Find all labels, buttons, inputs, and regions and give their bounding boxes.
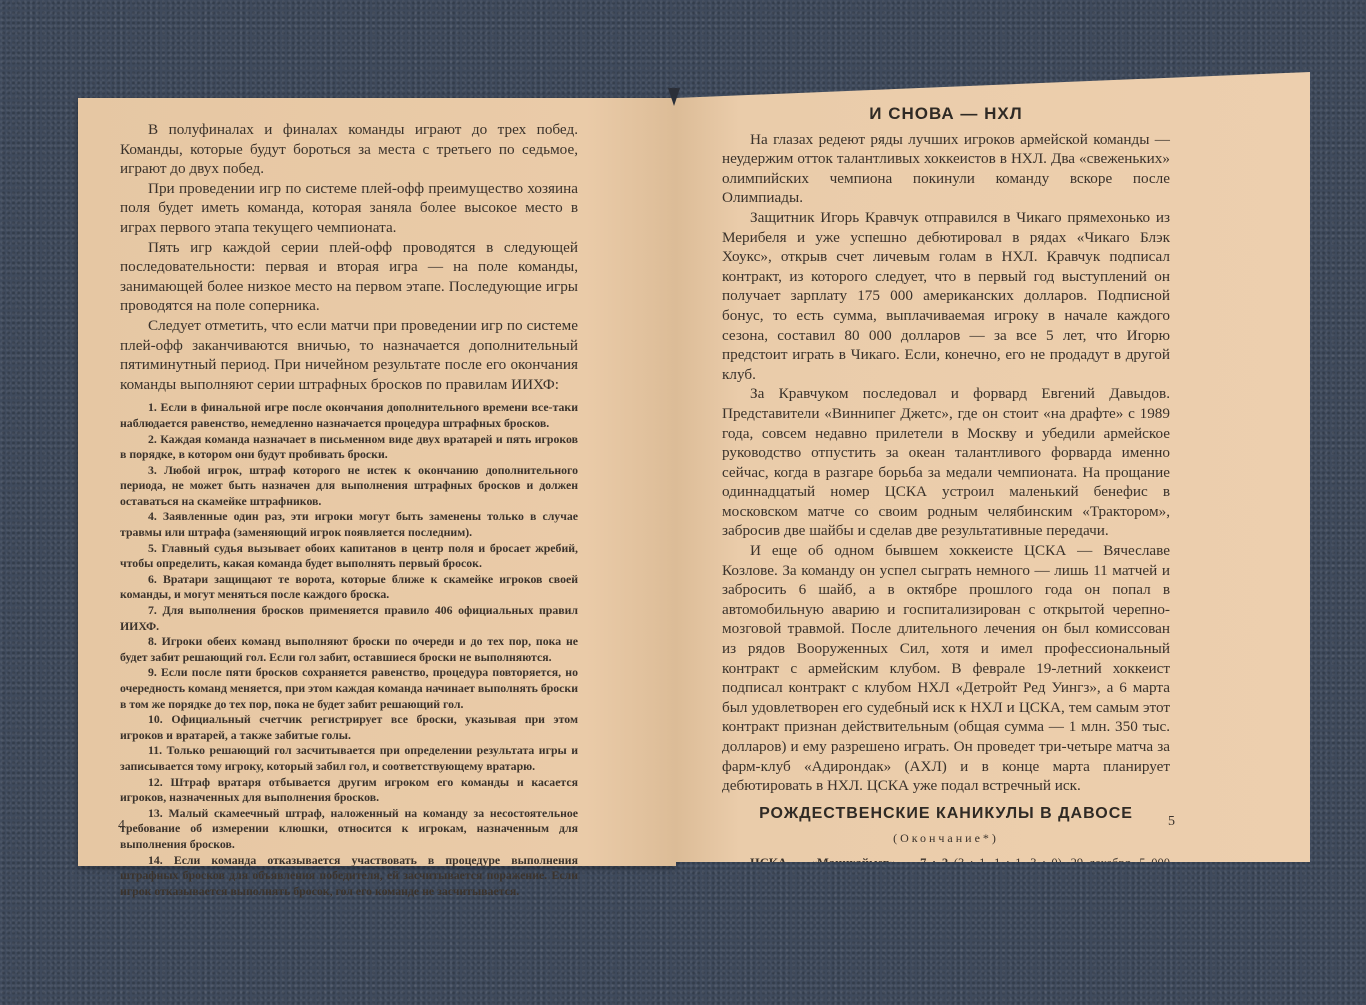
shootout-rules-list: 1. Если в финальной игре после окончания… xyxy=(120,400,578,899)
rule-item: 11. Только решающий гол засчитывается пр… xyxy=(120,743,578,774)
rule-item: 10. Официальный счетчик регистрирует все… xyxy=(120,712,578,743)
scorers-label: Шайбы забросили: xyxy=(750,890,859,904)
rule-item: 5. Главный судья вызывает обоих капитано… xyxy=(120,541,578,572)
match-teams-score: ЦСКА — «Маннхаймер» — 7 : 2 xyxy=(750,856,948,870)
page-number: 5 xyxy=(1168,814,1175,830)
match-result: ЦСКА — «Маннхаймер» — 7 : 2 (3 : 1, 1 : … xyxy=(722,855,1170,923)
open-booklet: В полуфиналах и финалах команды играют д… xyxy=(0,0,1366,1005)
left-page-text: В полуфиналах и финалах команды играют д… xyxy=(120,120,578,899)
spine-notch xyxy=(668,88,680,106)
right-page: И СНОВА — НХЛ На глазах редеют ряды лучш… xyxy=(676,72,1310,862)
page-number: 4 xyxy=(118,818,125,834)
article-title: И СНОВА — НХЛ xyxy=(722,104,1170,124)
paragraph: И еще об одном бывшем хоккеисте ЦСКА — В… xyxy=(722,541,1170,796)
paragraph: Следует отметить, что если матчи при про… xyxy=(120,316,578,394)
rule-item: 7. Для выполнения бросков применяется пр… xyxy=(120,603,578,634)
rule-item: 2. Каждая команда назначает в письменном… xyxy=(120,432,578,463)
scorers-list: Давыдов (Коваленко, 04.08), Петров (Чиби… xyxy=(722,890,1170,921)
rule-item: 8. Игроки обеих команд выполняют броски … xyxy=(120,634,578,665)
paragraph: При проведении игр по системе плей-офф п… xyxy=(120,179,578,238)
rule-item: 1. Если в финальной игре после окончания… xyxy=(120,400,578,431)
section-subtitle: (Окончание*) xyxy=(722,829,1170,849)
rule-item: 9. Если после пяти бросков сохраняется р… xyxy=(120,665,578,712)
paragraph: За Кравчуком последовал и форвард Евгени… xyxy=(722,384,1170,541)
rule-item: 4. Заявленные один раз, эти игроки могут… xyxy=(120,509,578,540)
rule-item: 6. Вратари защищают те ворота, которые б… xyxy=(120,572,578,603)
rule-item: 12. Штраф вратаря отбывается другим игро… xyxy=(120,775,578,806)
rule-item: 14. Если команда отказывается участвоват… xyxy=(120,853,578,900)
footnote: * Начало см. в предыдущем номере. xyxy=(722,937,852,962)
paragraph: На глазах редеют ряды лучших игроков арм… xyxy=(722,130,1170,208)
left-page: В полуфиналах и финалах команды играют д… xyxy=(78,98,676,866)
paragraph: В полуфиналах и финалах команды играют д… xyxy=(120,120,578,179)
right-page-text: И СНОВА — НХЛ На глазах редеют ряды лучш… xyxy=(722,104,1170,962)
section-title: РОЖДЕСТВЕНСКИЕ КАНИКУЛЫ В ДАВОСЕ xyxy=(722,804,1170,824)
rule-item: 3. Любой игрок, штраф которого не истек … xyxy=(120,463,578,510)
paragraph: Защитник Игорь Кравчук отправился в Чика… xyxy=(722,208,1170,384)
paragraph: Пять игр каждой серии плей-офф проводятс… xyxy=(120,238,578,316)
rule-item: 13. Малый скамеечный штраф, наложенный н… xyxy=(120,806,578,853)
